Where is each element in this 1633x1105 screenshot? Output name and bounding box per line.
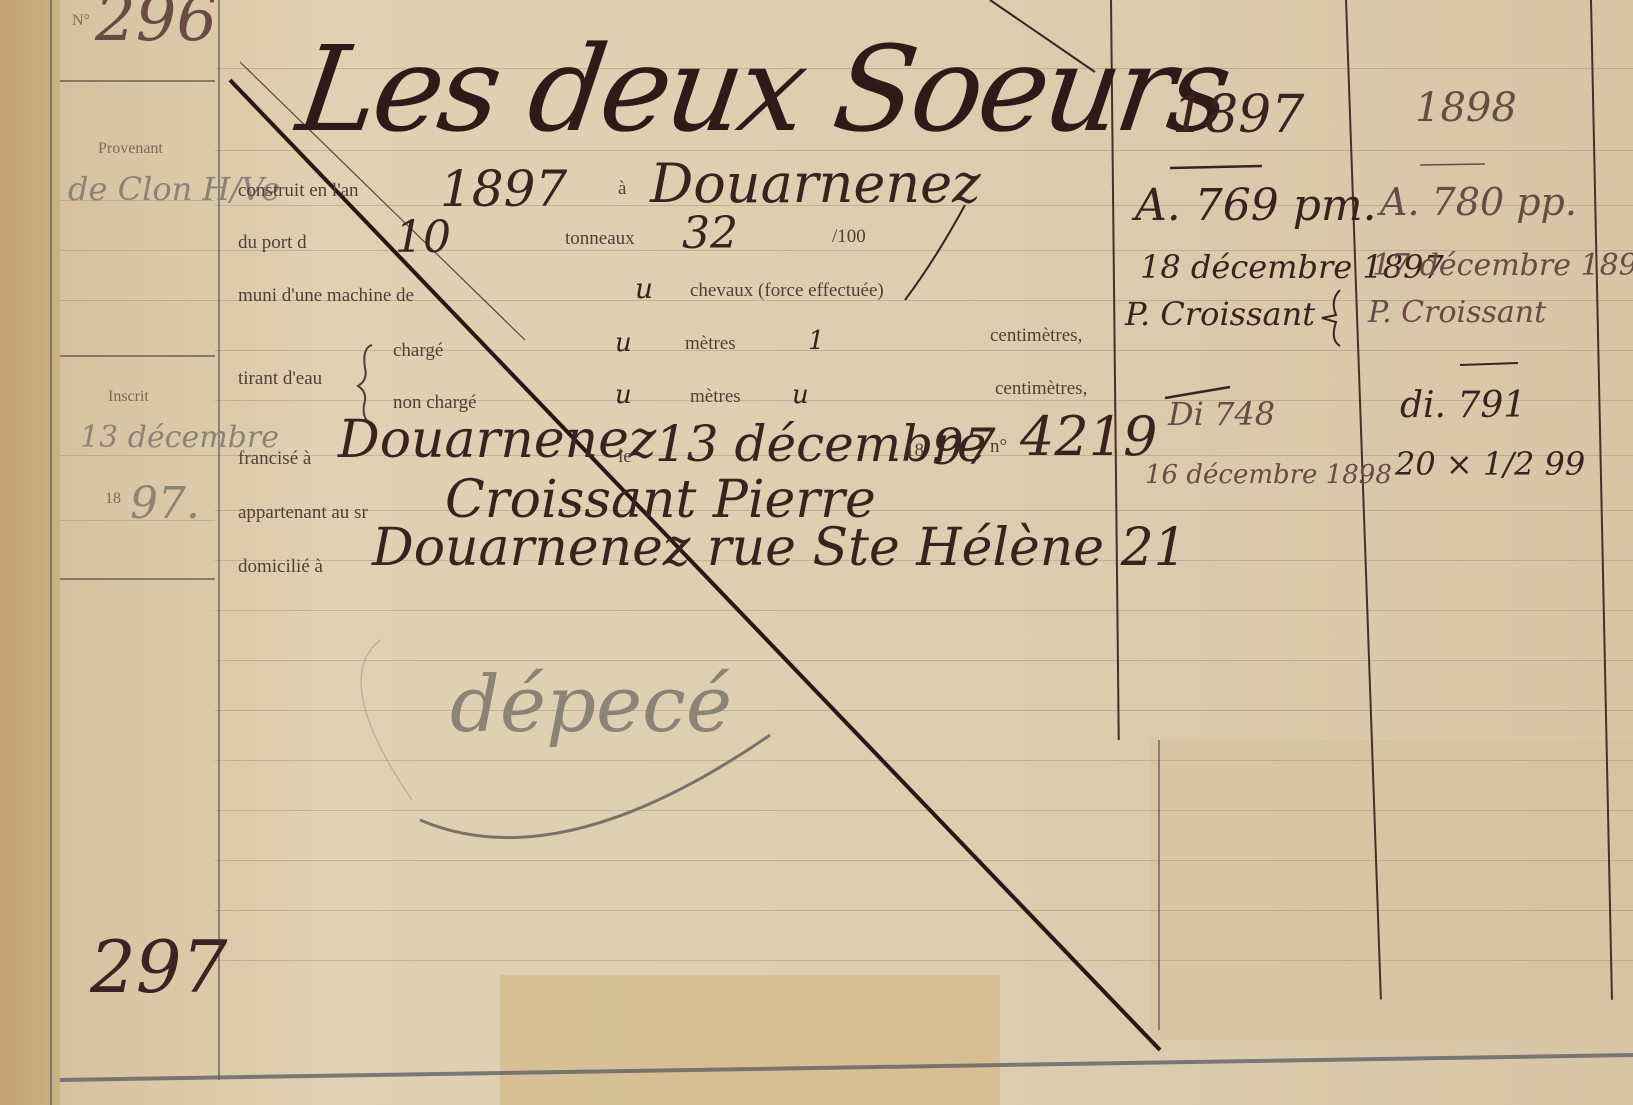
owner-label: appartenant au sr xyxy=(238,502,368,524)
ship-name: Les deux Soeurs xyxy=(290,20,1236,158)
year-column-1897-entry-1: A. 769 pm. xyxy=(1135,180,1377,231)
francise-year: 97 xyxy=(932,418,996,476)
tonnage-value: 32 xyxy=(682,208,738,259)
registry-number: 296 xyxy=(95,0,217,56)
meters-label-unloaded: mètres xyxy=(690,386,741,408)
year-column-1897-entry-5: 16 décembre 1898 xyxy=(1145,460,1392,490)
francise-number: 4219 xyxy=(1020,405,1157,468)
domicile-value: Douarnenez rue Ste Hélène 21 xyxy=(372,518,1187,578)
unloaded-meters: u xyxy=(615,380,632,410)
built-at-label: à xyxy=(618,178,626,200)
engine-value: u xyxy=(635,272,653,305)
year-column-1897-entry-4: Di 748 xyxy=(1168,395,1275,433)
unloaded-cm: u xyxy=(792,380,809,410)
tonnage-label: tonneaux xyxy=(565,228,635,250)
year-column-1897-header: 1897 xyxy=(1172,85,1304,145)
inscrit-label: Inscrit xyxy=(108,388,149,406)
tonnage-denominator: /100 xyxy=(832,226,866,248)
domicile-label: domicilié à xyxy=(238,556,323,578)
meters-label-loaded: mètres xyxy=(685,333,736,355)
year-column-1898-entry-4: di. 791 xyxy=(1400,385,1526,426)
port-value: 10 xyxy=(395,212,451,263)
francise-label: francisé à xyxy=(238,448,311,470)
inscrit-year-prefix: 18 xyxy=(105,490,121,508)
built-label: construit en l'an xyxy=(238,180,359,202)
year-column-1898-entry-2: 17 décembre 1898 xyxy=(1372,248,1633,283)
draft-label: tirant d'eau xyxy=(238,368,322,390)
year-column-1898-entry-1: A. 780 pp. xyxy=(1380,180,1577,224)
port-label: du port d xyxy=(238,232,307,254)
built-at-place: Douarnenez xyxy=(650,152,981,215)
folio-number: 297 xyxy=(90,925,227,1009)
year-column-1898-entry-3: P. Croissant xyxy=(1368,295,1546,330)
year-prefix: 18 xyxy=(905,440,924,462)
loaded-label: chargé xyxy=(393,340,443,362)
year-column-1897-entry-3: P. Croissant xyxy=(1125,295,1315,333)
built-year: 1897 xyxy=(440,160,567,218)
registry-number-label: N° xyxy=(72,12,90,30)
centimeters-label-unloaded: centimètres, xyxy=(995,378,1087,400)
year-column-1898-entry-5: 20 × 1/2 99 xyxy=(1395,445,1585,483)
engine-label: muni d'une machine de xyxy=(238,285,414,307)
francise-number-label: n° xyxy=(990,436,1007,458)
loaded-cm: 1 xyxy=(808,326,825,356)
centimeters-label-loaded: centimètres, xyxy=(990,325,1082,347)
francise-date-label: le xyxy=(618,446,632,468)
registry-page: N° 296 Provenant de Clon H/Ve Inscrit 13… xyxy=(0,0,1633,1105)
year-column-1898-header: 1898 xyxy=(1415,85,1517,131)
provenance-label: Provenant xyxy=(98,140,163,158)
inscrit-year: 97. xyxy=(130,478,200,529)
francise-place: Douarnenez xyxy=(338,410,656,470)
horsepower-label: chevaux (force effectuée) xyxy=(690,280,884,302)
loaded-meters: u xyxy=(615,328,632,358)
remark-depece: dépecé xyxy=(450,660,732,750)
